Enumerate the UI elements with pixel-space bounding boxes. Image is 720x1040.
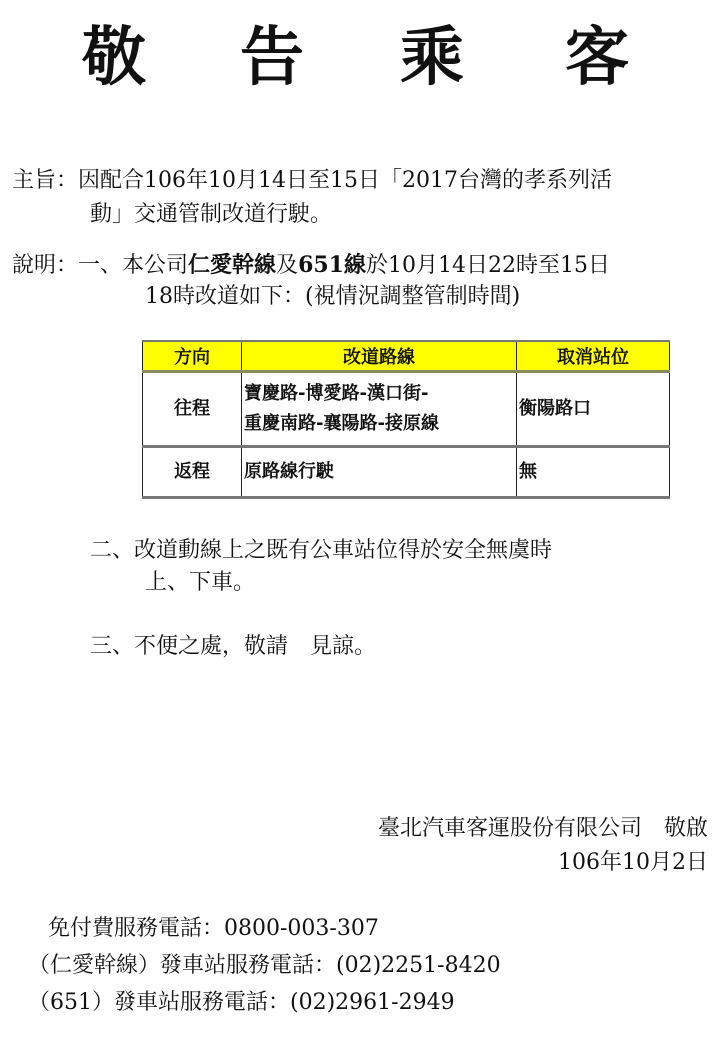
subject-text: 因配合106年10月14日至15日「2017台灣的孝系列活 — [78, 168, 612, 193]
route-cell: 寶慶路-博愛路-漢口街- 重慶南路-襄陽路-接原線 — [242, 372, 517, 447]
title-char: 乘 — [400, 18, 464, 98]
subject-line-2: 動」交通管制改道行駛。 — [90, 198, 332, 232]
cancelled-stop-cell: 無 — [517, 447, 670, 498]
direction-cell: 返程 — [143, 447, 242, 498]
toll-free-phone: 免付費服務電話：0800-003-307 — [48, 910, 379, 947]
route-cell: 原路線行駛 — [242, 447, 517, 498]
notice-title: 敬 告 乘 客 — [0, 18, 720, 98]
cancelled-stop-cell: 衡陽路口 — [517, 372, 670, 447]
item1-mid: 及 — [276, 253, 298, 278]
item1-prefix: 一、本公司 — [78, 253, 188, 278]
direction-cell: 往程 — [143, 372, 242, 447]
company-signature: 臺北汽車客運股份有限公司 敬啟 — [378, 812, 708, 846]
route-name-renai: 仁愛幹線 — [188, 252, 276, 278]
explanation-item-1-line-2: 18時改道如下：(視情況調整管制時間) — [145, 280, 520, 314]
table-row: 往程 寶慶路-博愛路-漢口街- 重慶南路-襄陽路-接原線 衡陽路口 — [143, 372, 670, 447]
explanation-item-1: 說明：一、本公司仁愛幹線及651線於10月14日22時至15日 — [12, 248, 610, 283]
title-char: 敬 — [82, 18, 146, 98]
explanation-label: 說明： — [12, 249, 78, 283]
route-line: 重慶南路-襄陽路-接原線 — [244, 409, 514, 439]
explanation-item-2: 二、改道動線上之既有公車站位得於安全無虞時 — [90, 534, 552, 568]
table-row: 返程 原路線行駛 無 — [143, 447, 670, 498]
explanation-item-2-line-2: 上、下車。 — [145, 566, 255, 600]
header-direction: 方向 — [143, 341, 242, 372]
table-header-row: 方向 改道路線 取消站位 — [143, 341, 670, 372]
title-char: 客 — [565, 18, 629, 98]
route-651-depot-phone: （651）發車站服務電話：(02)2961-2949 — [28, 984, 455, 1021]
header-cancelled-stop: 取消站位 — [517, 341, 670, 372]
signature-date: 106年10月2日 — [558, 846, 708, 880]
item1-suffix: 於10月14日22時至15日 — [366, 253, 610, 278]
title-char: 告 — [240, 18, 304, 98]
header-route: 改道路線 — [242, 341, 517, 372]
subject-line-1: 主旨：因配合106年10月14日至15日「2017台灣的孝系列活 — [12, 164, 612, 198]
route-line: 寶慶路-博愛路-漢口街- — [244, 379, 514, 409]
explanation-item-3: 三、不便之處，敬請 見諒。 — [90, 630, 376, 664]
detour-table: 方向 改道路線 取消站位 往程 寶慶路-博愛路-漢口街- 重慶南路-襄陽路-接原… — [142, 340, 670, 499]
renai-depot-phone: （仁愛幹線）發車站服務電話：(02)2251-8420 — [28, 947, 501, 984]
subject-label: 主旨： — [12, 164, 78, 198]
route-name-651: 651線 — [298, 252, 366, 278]
